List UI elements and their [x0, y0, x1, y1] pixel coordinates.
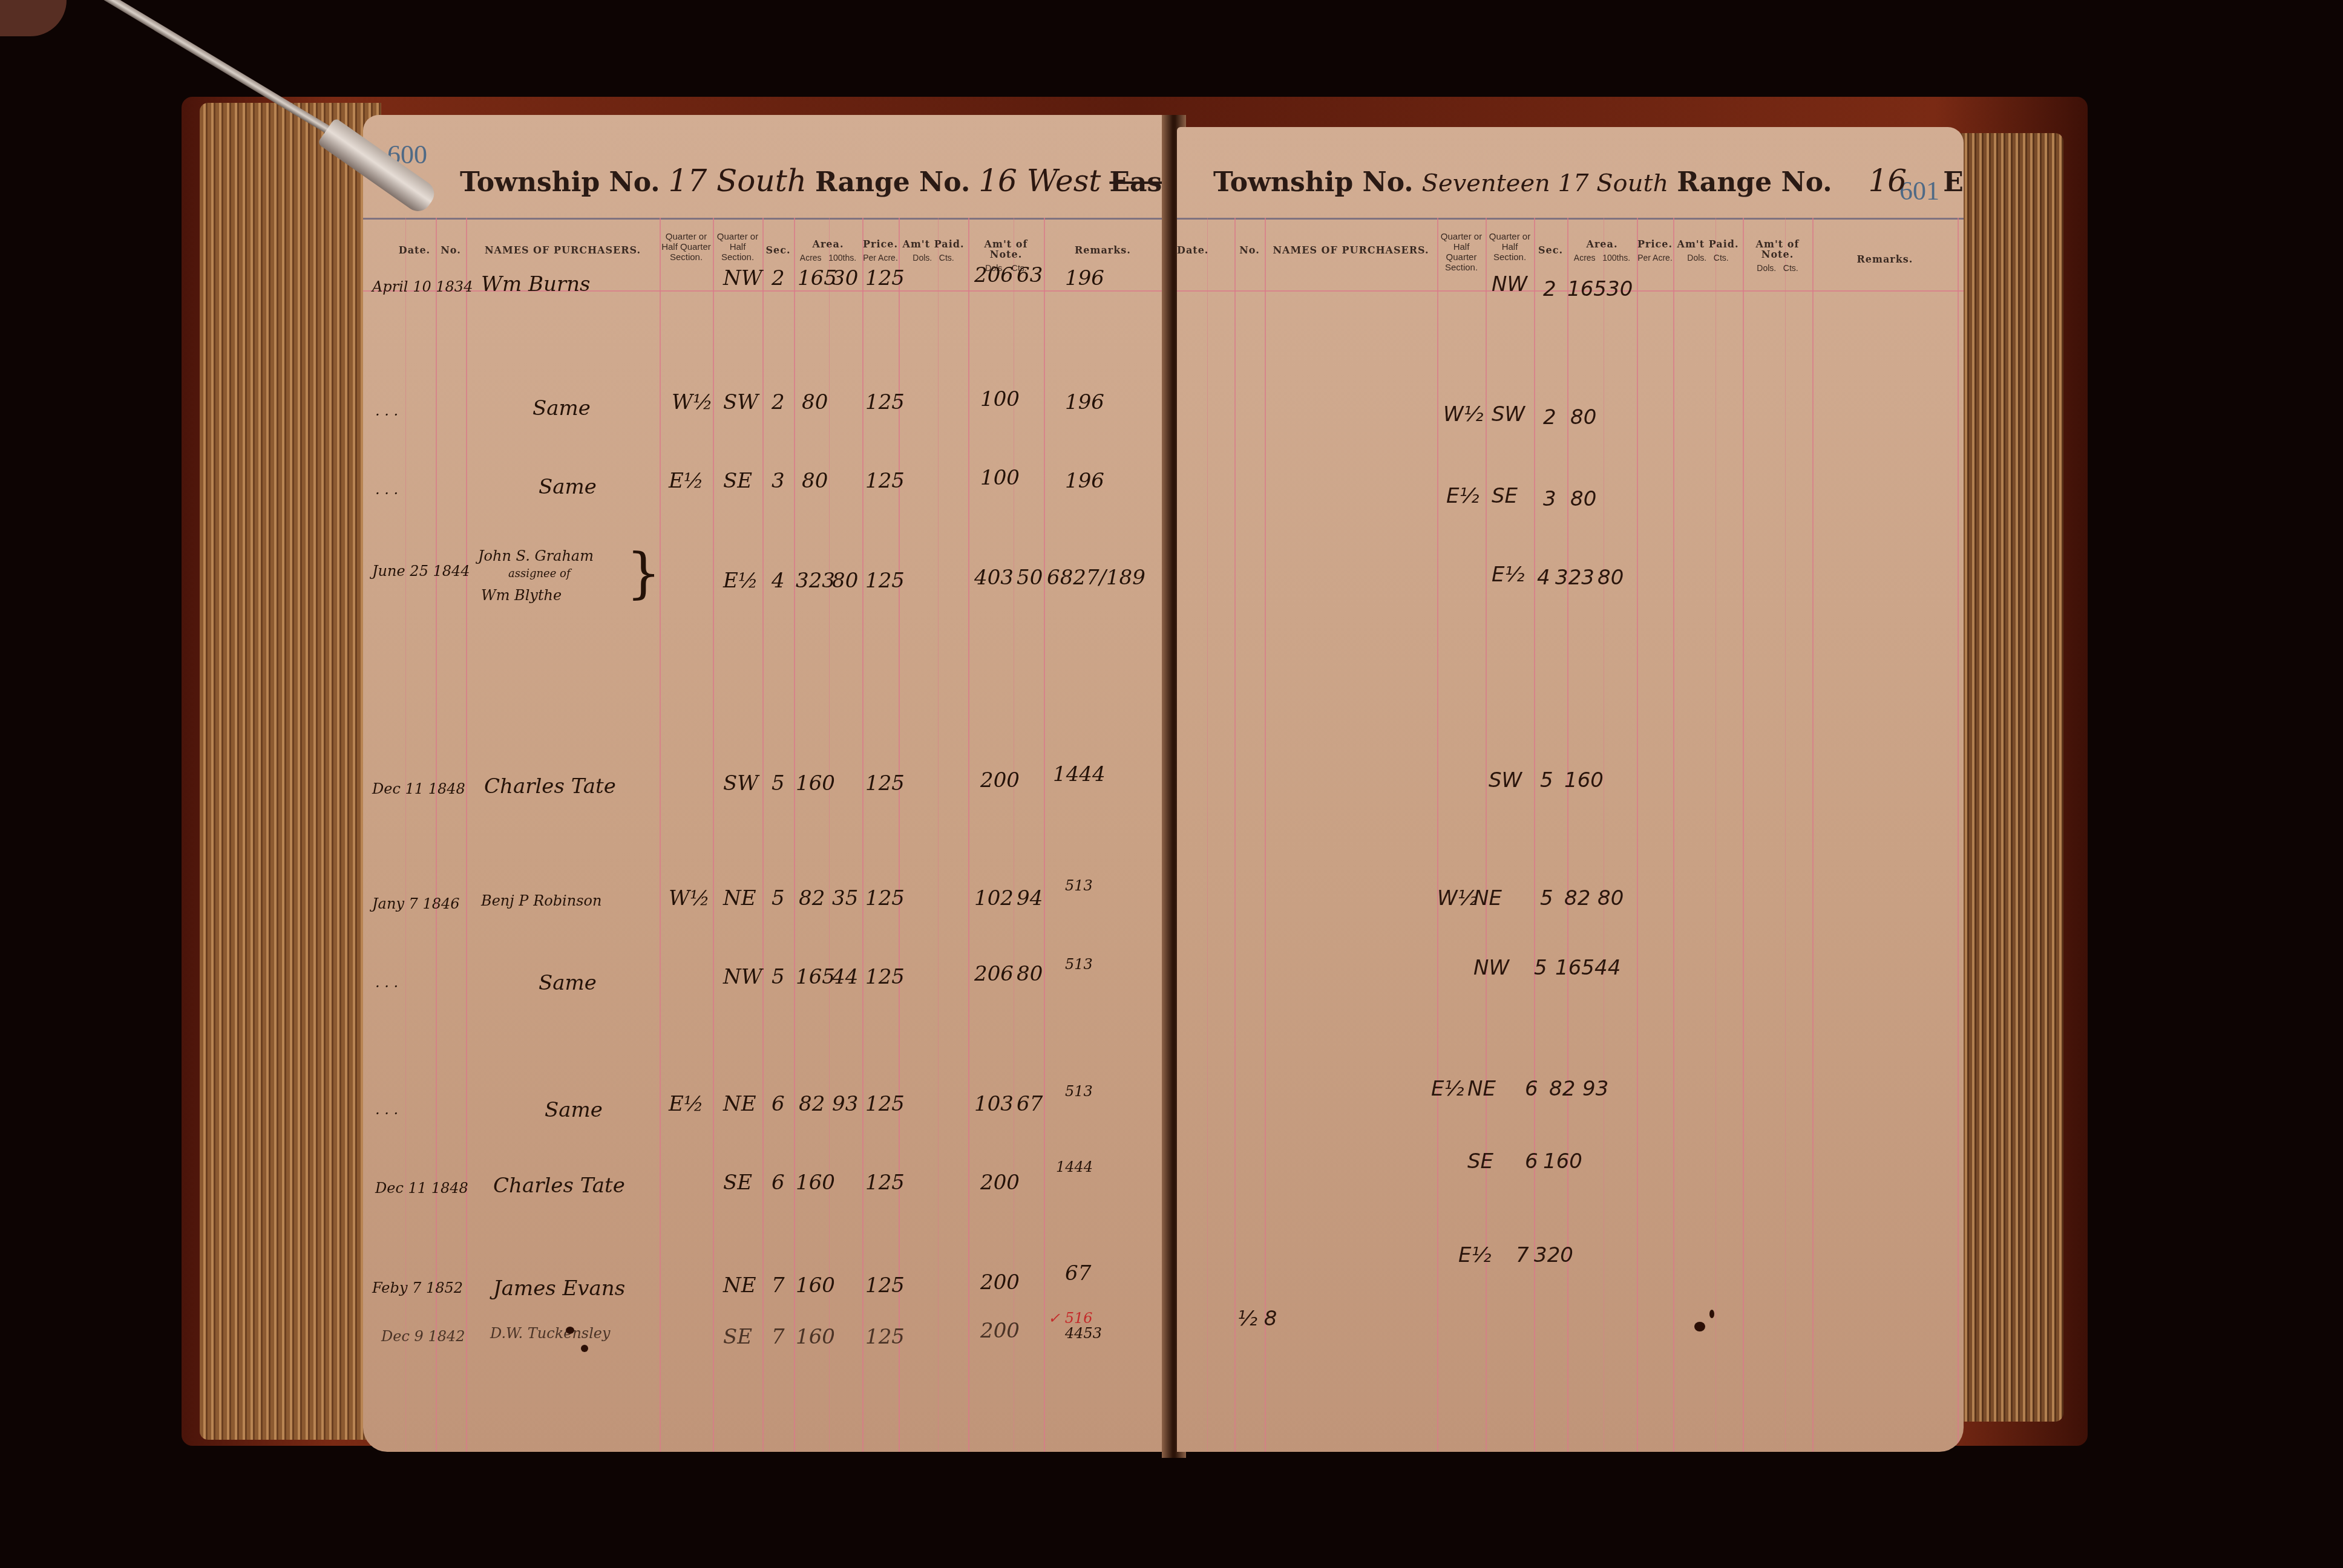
entry-name: Wm Burns	[481, 272, 590, 296]
col-date: Date.	[1177, 245, 1207, 255]
entry-quarter: NW	[1473, 956, 1509, 980]
entry-remarks: 1444	[1056, 1158, 1093, 1175]
entry-date: Dec 9 1842	[381, 1328, 465, 1345]
entry-quarter: SE	[1492, 484, 1518, 508]
entry-sec: 3	[1543, 487, 1556, 511]
entry-note-cts: 63	[1017, 263, 1043, 287]
right-page: 601 Township No. Seventeen 17 South Rang…	[1177, 127, 1964, 1452]
entry-quarter: NW	[723, 266, 762, 290]
range-label: Range No.	[815, 167, 970, 198]
entry-quarter: SE	[723, 1325, 752, 1349]
entry-acres: 165	[798, 266, 837, 290]
entry-remarks: 67	[1065, 1261, 1091, 1285]
entry-qq: W½	[669, 886, 710, 910]
entry-acres: 82	[799, 886, 825, 910]
ink-blot	[1694, 1322, 1705, 1331]
entry-remarks: 513	[1065, 956, 1093, 973]
entry-date: . . .	[375, 974, 398, 991]
entry-quarter: SW	[723, 390, 758, 414]
entry-hundredths: 35	[832, 886, 858, 910]
entry-acres: 160	[796, 771, 835, 795]
col-no: No.	[1234, 245, 1265, 255]
entry-date: . . .	[375, 1101, 398, 1118]
ledger-row: Jany 7 1846 Benj P Robinson W½ NE 5 82 3…	[363, 883, 1168, 932]
col-no: No.	[436, 245, 466, 255]
entry-acres: 82	[1564, 886, 1590, 910]
entry-date: Dec 11 1848	[375, 1180, 468, 1197]
entry-qq: W½	[672, 390, 713, 414]
entry-qq: W½	[1437, 886, 1478, 910]
right-page-header: Township No. Seventeen 17 South Range No…	[1177, 163, 1964, 198]
entry-remarks: 196	[1065, 469, 1104, 493]
ink-blot	[581, 1345, 588, 1352]
col-sec: Sec.	[762, 245, 794, 255]
ledger-row: E½ SE 3 80	[1177, 484, 1964, 532]
entry-note-dols: 100	[980, 466, 1020, 490]
entry-remarks: 513	[1065, 1083, 1093, 1100]
col-names: NAMES OF PURCHASERS.	[1265, 245, 1437, 255]
ledger-row: . . . Same E½ NE 6 82 93 125 103 67 513	[363, 1089, 1168, 1137]
header-rule	[363, 218, 1168, 220]
entry-note-dols: 206	[974, 263, 1014, 287]
entry-note-cts: 50	[1017, 566, 1043, 590]
ledger-row: W½ NE 5 82 80	[1177, 886, 1964, 935]
col-amount-of-note: Am't of Note. Dols. Cts.	[1743, 239, 1812, 273]
ledger-row: W½ SW 2 80	[1177, 402, 1964, 451]
entry-name: Same	[539, 971, 597, 995]
entry-acres: 80	[1570, 487, 1596, 511]
entry-hundredths: 44	[832, 965, 858, 989]
entry-date: April 10 1834	[372, 278, 473, 295]
entry-acres: 160	[1564, 768, 1604, 792]
col-amount-paid: Am't Paid. Dols. Cts.	[899, 239, 968, 263]
col-quarter-half-quarter: Quarter or Half Quarter Section.	[661, 232, 712, 263]
entry-hundredths: 80	[832, 569, 858, 593]
entry-remarks: 6827/189	[1047, 566, 1145, 590]
entry-note-cts: 67	[1017, 1092, 1043, 1116]
page-block-right-edge	[1955, 133, 2063, 1422]
entry-quarter: SW	[1492, 402, 1525, 426]
entry-note-dols: 200	[980, 1319, 1020, 1343]
entry-quarter: SW	[1489, 768, 1522, 792]
ledger-row: Dec 9 1842 D.W. Tuckensley SE 7 160 125 …	[363, 1316, 1168, 1364]
range-label: Range No.	[1677, 167, 1832, 198]
entry-name: Charles Tate	[493, 1174, 625, 1198]
ledger-row: . . . Same NW 5 165 44 125 206 80 513	[363, 962, 1168, 1010]
entry-note-dols: 206	[974, 962, 1014, 986]
entry-name: Same	[539, 475, 597, 499]
entry-price: 125	[865, 965, 905, 989]
entry-sec: 6	[772, 1171, 785, 1195]
entry-acres: 160	[796, 1171, 835, 1195]
entry-qq: W½	[1443, 402, 1484, 426]
col-price: Price. Per Acre.	[862, 239, 899, 263]
entry-sec: 5	[1540, 768, 1553, 792]
entry-date: Dec 11 1848	[372, 780, 465, 797]
entry-price: 125	[865, 1273, 905, 1298]
entry-quarter: SW	[723, 771, 758, 795]
entry-sec: 3	[772, 469, 785, 493]
entry-sec: 2	[772, 266, 785, 290]
direction-printed-struck: East.	[1109, 167, 1168, 198]
entry-hundredths: 80	[1597, 886, 1624, 910]
entry-hundredths: 30	[1607, 277, 1633, 301]
entry-quarter: E½	[723, 569, 758, 593]
entry-name-line2: Wm Blythe	[481, 587, 562, 604]
entry-sec: 5	[1534, 956, 1547, 980]
entry-remarks-red-check: ✓ 516	[1048, 1310, 1093, 1327]
entry-note-dols: 102	[974, 886, 1014, 910]
entry-quarter: SE	[1467, 1149, 1493, 1174]
entry-quarter: NW	[723, 965, 762, 989]
entry-price: 125	[865, 569, 905, 593]
entry-sec: 6	[1525, 1077, 1538, 1101]
entry-hundredths: 30	[832, 266, 858, 290]
entry-quarter: SE	[723, 469, 752, 493]
range-value: 16	[1869, 163, 1907, 198]
entry-acres: 82	[799, 1092, 825, 1116]
entry-date: Feby 7 1852	[372, 1279, 463, 1296]
ledger-row: E½ 4 323 80	[1177, 563, 1964, 611]
entry-price: 125	[865, 469, 905, 493]
ledger-row: NW 5 165 44	[1177, 956, 1964, 1004]
entry-hundredths: 44	[1594, 956, 1620, 980]
ledger-row: Dec 11 1848 Charles Tate SW 5 160 125 20…	[363, 768, 1168, 817]
township-label: Township No.	[1213, 167, 1414, 198]
entry-acres: 80	[802, 390, 828, 414]
left-page: 600 Township No. 17 South Range No. 16 W…	[363, 115, 1168, 1452]
photo-scene: 600 Township No. 17 South Range No. 16 W…	[0, 0, 2343, 1568]
ledger-row: E½ NE 6 82 93	[1177, 1077, 1964, 1125]
ledger-row: SE 6 160	[1177, 1149, 1964, 1198]
entry-sec: 2	[1543, 277, 1556, 301]
entry-sec: 2	[772, 390, 785, 414]
entry-hundredths: 80	[1597, 566, 1624, 590]
entry-note-dols: 200	[980, 768, 1020, 792]
entry-hundredths: 93	[1582, 1077, 1608, 1101]
ledger-row: April 10 1834 Wm Burns NW 2 165 30 125 2…	[363, 266, 1168, 315]
entry-acres: 165	[1567, 277, 1607, 301]
entry-qq: E½	[669, 469, 704, 493]
entry-qq: E½	[669, 1092, 704, 1116]
entry-acres: 323	[796, 569, 835, 593]
entry-price: 125	[865, 771, 905, 795]
entry-sec: 7	[772, 1325, 785, 1349]
entry-price: 125	[865, 1325, 905, 1349]
entry-quarter: NE	[1467, 1077, 1496, 1101]
ledger-row: Feby 7 1852 James Evans NE 7 160 125 200…	[363, 1267, 1168, 1316]
entry-sec: 7	[1516, 1243, 1529, 1267]
entry-acres: 80	[802, 469, 828, 493]
entry-sec: 6	[1525, 1149, 1538, 1174]
col-area: Area. Acres 100ths.	[794, 239, 862, 263]
township-value: Seventeen 17 South	[1422, 169, 1669, 197]
margin-note-red: ½ 8	[1237, 1307, 1277, 1331]
entry-quarter: E½	[1458, 1243, 1491, 1267]
entry-remarks: 196	[1065, 390, 1104, 414]
entry-remarks: 1444	[1053, 762, 1106, 786]
col-quarter-half: Quarter or Half Section.	[1487, 232, 1533, 263]
entry-name: Same	[532, 396, 591, 420]
entry-quarter: NE	[723, 1092, 756, 1116]
ledger-row: June 25 1844 John S. Graham assignee of …	[363, 544, 1168, 623]
entry-sec: 7	[772, 1273, 785, 1298]
entry-date: Jany 7 1846	[372, 895, 460, 912]
entry-name: Benj P Robinson	[481, 892, 601, 909]
entry-name: James Evans	[493, 1276, 625, 1301]
entry-date: . . .	[375, 402, 398, 419]
entry-acres: 160	[796, 1325, 835, 1349]
entry-name: John S. Graham	[478, 547, 594, 564]
entry-hundredths: 93	[832, 1092, 858, 1116]
ledger-row: Dec 11 1848 Charles Tate SE 6 160 125 20…	[363, 1168, 1168, 1216]
entry-sec: 5	[772, 965, 785, 989]
header-rule	[1177, 218, 1964, 220]
entry-date: June 25 1844	[372, 563, 470, 580]
entry-remarks: 513	[1065, 877, 1093, 894]
entry-note-dols: 200	[980, 1171, 1020, 1195]
ledger-row: . . . Same E½ SE 3 80 125 100 196	[363, 469, 1168, 517]
entry-quarter: NE	[1473, 886, 1502, 910]
entry-acres: 320	[1534, 1243, 1573, 1267]
hand	[0, 0, 67, 36]
col-remarks: Remarks.	[1812, 254, 1958, 264]
entry-sec: 5	[772, 886, 785, 910]
ledger-row: SW 5 160	[1177, 768, 1964, 817]
entry-qq: E½	[1446, 484, 1479, 508]
ledger-row: NW 2 165 30	[1177, 272, 1964, 321]
entry-acres: 80	[1570, 405, 1596, 430]
entry-remarks: 4453	[1065, 1325, 1102, 1342]
col-names: NAMES OF PURCHASERS.	[469, 245, 657, 255]
entry-quarter: E½	[1492, 563, 1524, 587]
col-quarter-half-quarter: Quarter or Half Quarter Section.	[1438, 232, 1484, 273]
direction-printed: East.	[1943, 167, 1964, 198]
entry-quarter: NW	[1492, 272, 1527, 296]
entry-name: D.W. Tuckensley	[490, 1325, 611, 1342]
entry-sec: 2	[1543, 405, 1556, 430]
col-remarks: Remarks.	[1044, 245, 1162, 255]
col-sec: Sec.	[1534, 245, 1567, 255]
entry-date: . . .	[375, 481, 398, 498]
entry-name: Same	[545, 1098, 603, 1122]
col-amount-paid: Am't Paid. Dols. Cts.	[1673, 239, 1743, 263]
entry-acres: 160	[796, 1273, 835, 1298]
entry-price: 125	[865, 1092, 905, 1116]
page-block-left-edge	[200, 103, 381, 1440]
col-quarter-half: Quarter or Half Section.	[714, 232, 761, 263]
left-page-header: Township No. 17 South Range No. 16 West …	[363, 163, 1168, 198]
entry-note-dols: 200	[980, 1270, 1020, 1295]
ledger-row: E½ 7 320	[1177, 1243, 1964, 1292]
entry-acres: 323	[1555, 566, 1594, 590]
entry-acres: 165	[796, 965, 835, 989]
brace-icon: }	[626, 541, 661, 605]
entry-price: 125	[865, 266, 905, 290]
entry-acres: 82	[1549, 1077, 1575, 1101]
entry-remarks: 196	[1065, 266, 1104, 290]
entry-acres: 160	[1543, 1149, 1582, 1174]
col-area: Area. Acres 100ths.	[1567, 239, 1637, 263]
col-date: Date.	[396, 245, 433, 255]
entry-price: 125	[865, 1171, 905, 1195]
entry-name-note: assignee of	[508, 567, 571, 580]
entry-note-cts: 80	[1017, 962, 1043, 986]
entry-sec: 5	[772, 771, 785, 795]
entry-note-dols: 403	[974, 566, 1014, 590]
entry-sec: 5	[1540, 886, 1553, 910]
entry-sec: 4	[772, 569, 785, 593]
township-label: Township No.	[460, 167, 660, 198]
entry-sec: 6	[772, 1092, 785, 1116]
entry-quarter: SE	[723, 1171, 752, 1195]
entry-price: 125	[865, 390, 905, 414]
entry-price: 125	[865, 886, 905, 910]
ledger-row: . . . Same W½ SW 2 80 125 100 196	[363, 390, 1168, 439]
ink-blot	[566, 1327, 574, 1334]
entry-quarter: NE	[723, 1273, 756, 1298]
entry-acres: 165	[1555, 956, 1594, 980]
entry-name: Charles Tate	[484, 774, 616, 799]
range-value: 16 West	[978, 163, 1101, 198]
entry-sec: 4	[1537, 566, 1550, 590]
entry-quarter: NE	[723, 886, 756, 910]
entry-qq: E½	[1431, 1077, 1464, 1101]
township-value: 17 South	[669, 163, 807, 198]
ink-blot	[1709, 1310, 1714, 1318]
entry-note-dols: 103	[974, 1092, 1014, 1116]
entry-note-cts: 94	[1017, 886, 1043, 910]
entry-note-dols: 100	[980, 387, 1020, 411]
col-price: Price. Per Acre.	[1637, 239, 1673, 263]
